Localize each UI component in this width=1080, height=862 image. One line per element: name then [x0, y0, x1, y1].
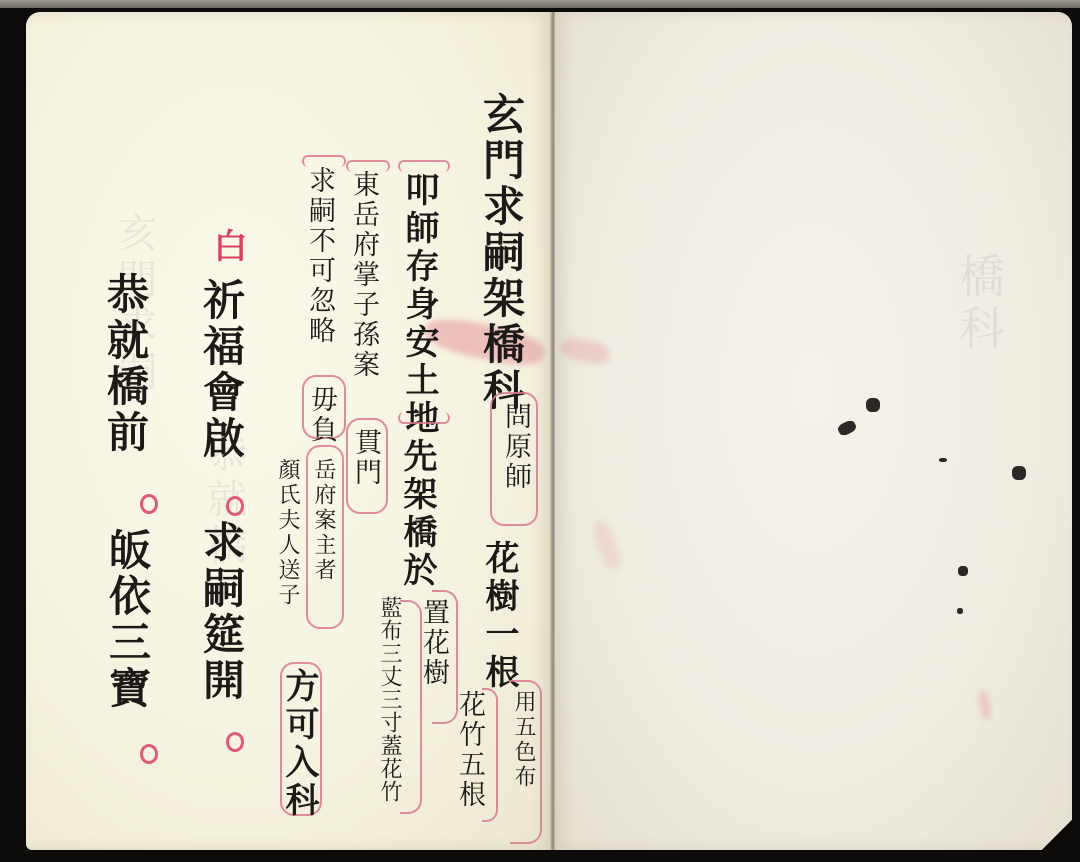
text-column: 恭就橋前	[104, 272, 146, 456]
text-column: 叩師存身安土地	[402, 172, 436, 438]
ink-blot	[1012, 466, 1026, 480]
ink-blot	[939, 458, 947, 462]
red-punctuation-mark	[140, 744, 158, 764]
red-punctuation-mark	[140, 494, 158, 514]
text-column: 求嗣筵開	[200, 520, 242, 704]
ink-blot	[957, 608, 963, 614]
text-column: 皈依三寶	[106, 528, 148, 712]
text-annotation: 用五色布	[512, 690, 534, 790]
text-annotation: 藍布三丈三寸蓋花竹	[378, 596, 400, 803]
manuscript-title: 玄門求嗣架橋科	[480, 92, 522, 414]
text-annotation: 毋負	[308, 385, 335, 445]
title-annotation: 問原師	[502, 402, 529, 492]
text-column: 方可入科	[282, 668, 316, 820]
text-annotation: 置花樹	[420, 598, 447, 688]
red-heading-mark: 白	[210, 228, 244, 266]
red-bracket	[398, 160, 450, 172]
red-punctuation-mark	[226, 732, 244, 752]
scan-top-edge	[0, 0, 1080, 8]
ink-blot	[958, 566, 968, 576]
text-column: 花竹五根	[456, 690, 483, 810]
text-annotation: 貫門	[352, 428, 379, 488]
text-annotation: 岳府案主者	[312, 458, 334, 583]
text-column: 花樹一根	[482, 540, 516, 692]
text-annotation: 顏氏夫人送子	[276, 458, 298, 608]
ink-blot	[866, 398, 880, 412]
red-bracket	[400, 600, 422, 814]
red-punctuation-mark	[226, 496, 244, 516]
text-column: 求嗣不可忽略	[306, 166, 333, 346]
red-bracket	[398, 412, 450, 424]
text-column: 祈福會啟	[200, 278, 242, 462]
right-page: 橋科	[555, 12, 1072, 850]
text-column: 先架橋於	[400, 438, 434, 590]
text-column: 東岳府掌子孫案	[350, 170, 377, 380]
show-through-text: 橋科	[946, 252, 1012, 356]
